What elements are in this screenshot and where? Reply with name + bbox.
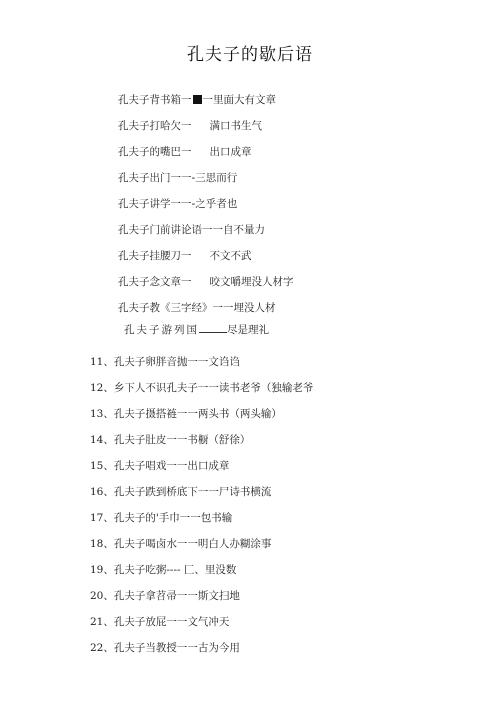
list-item: 16、孔夫子跌到桥底下一一尸诗书横流 [90,484,271,499]
list-item: 22、孔夫子当教授一一古为今用 [90,640,240,655]
saying-text: 孔夫子肚皮一一书橱（舒徐） [114,434,251,446]
list-item: 孔夫子背书箱一一里面大有文章 [118,92,276,107]
list-item: 孔夫子打哈欠一满口书生气 [118,118,262,133]
item-number: 17、 [90,512,114,524]
item-number: 16、 [90,486,114,498]
list-item: 孔夫子挂腰刀一不文不武 [118,248,252,263]
saying-left: 孔夫子的嘴巴一 [118,146,192,158]
list-item: 12、乡下人不识孔夫子一一读书老爷（独输老爷 [90,380,313,395]
list-item: 孔夫子游列国尽是理礼 [124,322,269,337]
saying-right: 尽是理礼 [227,324,269,336]
item-number: 12、 [90,382,114,394]
saying-text: 孔夫子卵胖音抛一一文诌诌 [114,356,240,368]
item-number: 11、 [90,356,114,368]
list-item: 孔夫子讲学一一-之乎者也 [118,196,237,211]
list-item: 18、孔夫子喝卤水一一明白人办糊涂事 [90,536,271,551]
list-item: 孔夫子出门一一-三思而行 [118,170,237,185]
item-number: 19、 [90,564,114,576]
saying-text: 孔夫子拿苕帚一一斯文扫地 [114,590,240,602]
saying-text: 孔夫子唱戏一一出口成章 [114,460,230,472]
list-item: 孔夫子念文章一咬文嚼埋没人材字 [118,274,294,289]
item-number: 21、 [90,616,114,628]
saying-left: 孔夫子挂腰刀一 [118,250,192,262]
saying-text: 孔夫子喝卤水一一明白人办糊涂事 [114,538,272,550]
list-item: 19、孔夫子吃粥---- 匚、里没数 [90,562,236,577]
list-item: 孔夫子门前讲论语一一自不量力 [118,222,265,237]
saying-right: 咬文嚼埋没人材字 [210,276,294,288]
saying-text: 孔夫子跌到桥底下一一尸诗书横流 [114,486,272,498]
underline-blank [199,332,227,333]
saying-right: 不文不武 [210,250,252,262]
item-number: 18、 [90,538,114,550]
item-number: 14、 [90,434,114,446]
saying-text: 孔夫子吃粥---- 匚、里没数 [114,564,237,576]
saying-right: 一里面大有文章 [203,94,277,106]
saying-text: 孔夫子摄搭裢一一两头书（两头输） [114,408,282,420]
list-item: 20、孔夫子拿苕帚一一斯文扫地 [90,588,240,603]
saying-left: 孔夫子打哈欠一 [118,120,192,132]
page-title: 孔夫子的歇后语 [0,40,500,65]
saying-right: 满口书生气 [210,120,263,132]
saying-text: 孔夫子放屁一一文气冲天 [114,616,230,628]
saying-text: 乡下人不识孔夫子一一读书老爷（独输老爷 [114,382,314,394]
item-number: 20、 [90,590,114,602]
saying-right: 出口成章 [210,146,252,158]
saying-left: 孔夫子游列国 [124,324,199,336]
saying-text: 孔夫子的'手巾一一包书输 [114,512,232,524]
list-item: 孔夫子教《三字经》一一埋没人材 [118,300,276,315]
saying-left: 孔夫子背书箱一 [118,94,192,106]
item-number: 15、 [90,460,114,472]
list-item: 孔夫子的嘴巴一出口成章 [118,144,252,159]
list-item: 21、孔夫子放屁一一文气冲天 [90,614,229,629]
list-item: 15、孔夫子唱戏一一出口成章 [90,458,229,473]
saying-text: 孔夫子当教授一一古为今用 [114,642,240,654]
black-square-mark [193,95,202,104]
saying-left: 孔夫子念文章一 [118,276,192,288]
list-item: 13、孔夫子摄搭裢一一两头书（两头输） [90,406,282,421]
list-item: 17、孔夫子的'手巾一一包书输 [90,510,232,525]
list-item: 11、孔夫子卵胖音抛一一文诌诌 [90,354,240,369]
item-number: 13、 [90,408,114,420]
list-item: 14、孔夫子肚皮一一书橱（舒徐） [90,432,250,447]
item-number: 22、 [90,642,114,654]
